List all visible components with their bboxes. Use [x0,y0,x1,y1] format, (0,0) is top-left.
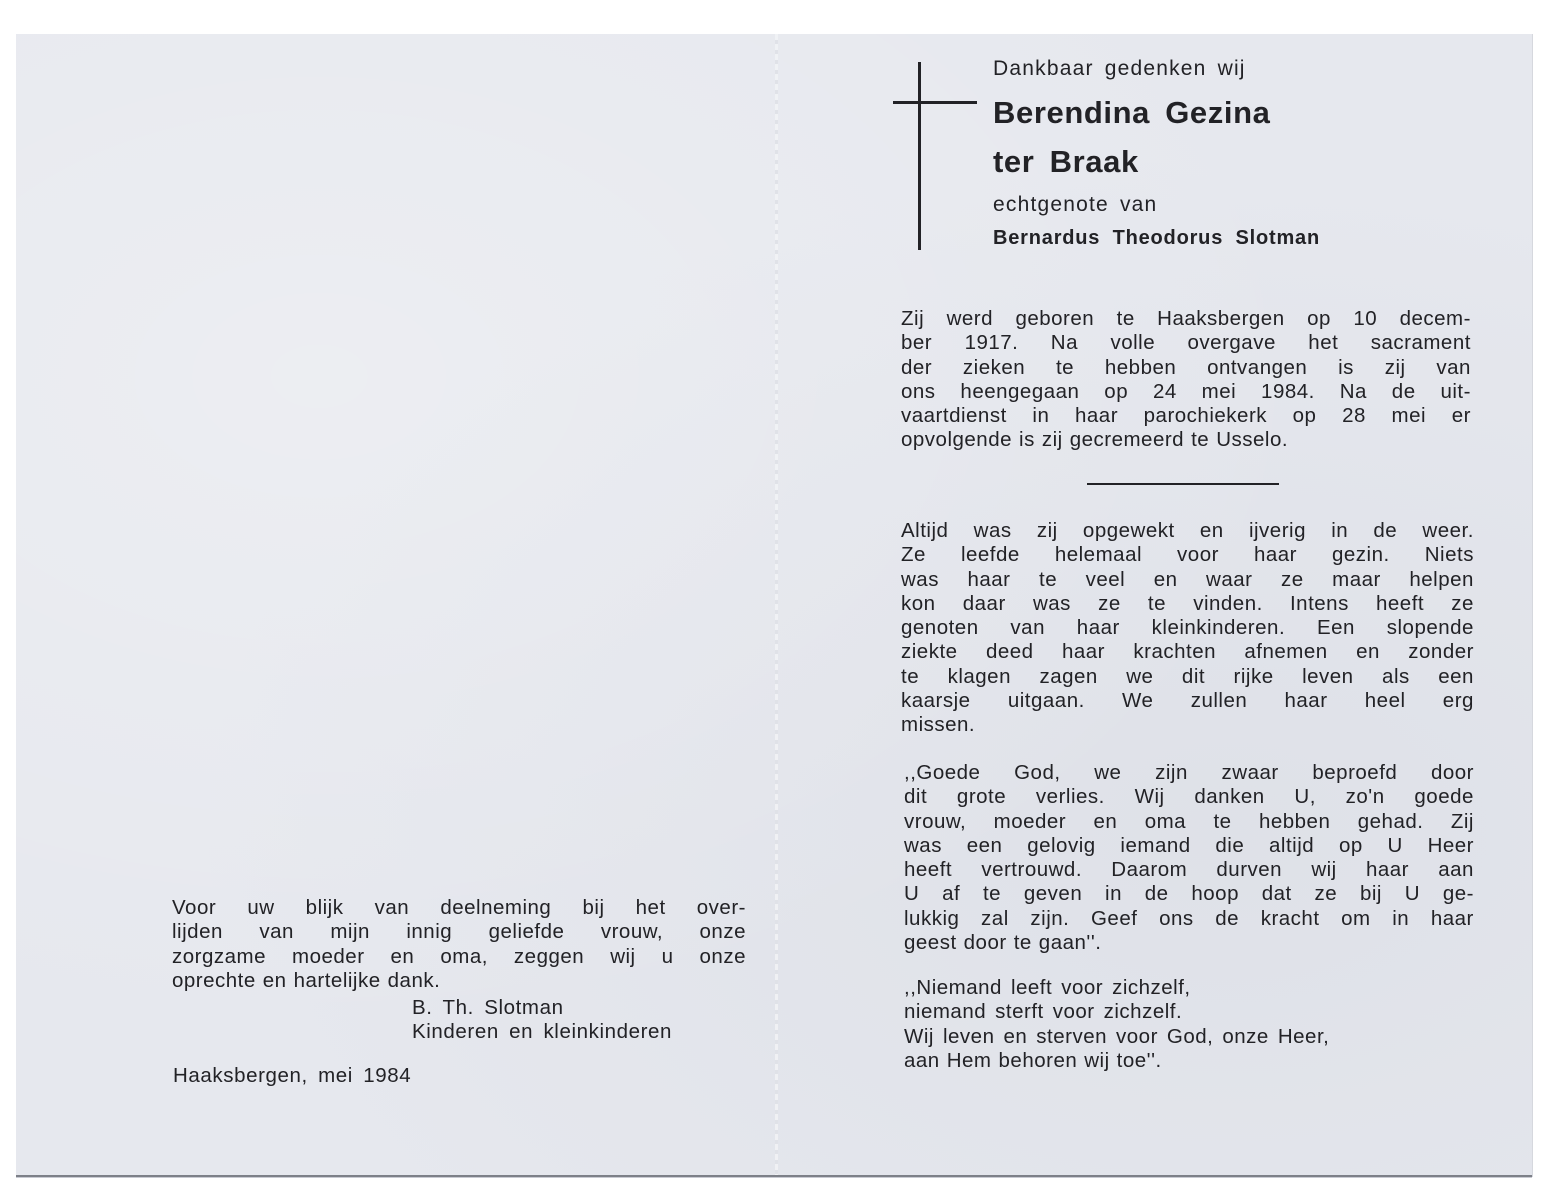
place-date: Haaksbergen, mei 1984 [173,1064,411,1088]
text-line: kaarsjeuitgaan.Wezullenhaarheelerg [901,689,1474,713]
text-line: ditgroteverlies.WijdankenU,zo'ngoede [904,785,1474,809]
left-page [16,34,775,1175]
deceased-name-first: Berendina Gezina [993,95,1270,131]
text-line: lijdenvanmijninniggeliefdevrouw,onze [172,920,746,944]
text-line: ZijwerdgeborenteHaaksbergenop10decem- [901,307,1471,331]
text-line: genotenvanhaarkleinkinderen.Eenslopende [901,616,1474,640]
text-line: waseengelovigiemanddiealtijdopUHeer [904,834,1474,858]
spouse-label: echtgenote van [993,193,1157,217]
text-line: vrouw,moederenomatehebbengehad.Zij [904,810,1474,834]
text-line: aanHembehorenwijtoe''. [904,1049,1484,1073]
text-line: ziektedeedhaarkrachtenafnemenenzonder [901,640,1474,664]
spouse-name: Bernardus Theodorus Slotman [993,227,1320,250]
section-divider [1087,483,1279,485]
text-line: UaftegevenindehoopdatzebijUge- [904,882,1474,906]
text-line: oprechteenhartelijkedank. [172,969,746,993]
cross-icon [918,62,921,250]
text-line: opvolgendeiszijgecremeerdteUsselo. [901,428,1471,452]
text-line: onsheengegaanop24mei1984.Nadeuit- [901,380,1471,404]
text-line: WijlevenenstervenvoorGod,onzeHeer, [904,1025,1484,1049]
text-line: kondaarwaszetevinden.Intensheeftze [901,592,1474,616]
text-line: Vooruwblijkvandeelnemingbijhetover- [172,896,746,920]
text-line: ber1917.Navolleovergavehetsacrament [901,331,1471,355]
signature-family: Kinderen en kleinkinderen [412,1020,672,1044]
intro-text: Dankbaar gedenken wij [993,57,1246,81]
text-line: Zeleefdehelemaalvoorhaargezin.Niets [901,543,1474,567]
text-line: geestdoortegaan''. [904,931,1474,955]
signature-name: B. Th. Slotman [412,996,564,1020]
verse-paragraph: ,,Niemandleeftvoorzichzelf,niemandsterft… [904,976,1484,1073]
text-line: washaarteveelenwaarzemaarhelpen [901,568,1474,592]
text-line: heeftvertrouwd.Daaromdurvenwijhaaraan [904,858,1474,882]
biography-paragraph: ZijwerdgeborenteHaaksbergenop10decem-ber… [901,307,1471,453]
text-line: missen. [901,713,1474,737]
text-line: zorgzamemoederenoma,zeggenwijuonze [172,945,746,969]
text-line: teklagenzagenweditrijkelevenalseen [901,665,1474,689]
text-line: vaartdienstinhaarparochiekerkop28meier [901,404,1471,428]
thanks-paragraph: Vooruwblijkvandeelnemingbijhetover-lijde… [172,896,746,993]
prayer-paragraph: ,,GoedeGod,wezijnzwaarbeproefddoorditgro… [904,761,1474,955]
tribute-paragraph: Altijdwaszijopgewektenijverigindeweer.Ze… [901,519,1474,738]
deceased-name-last: ter Braak [993,144,1139,180]
text-line: ,,Niemandleeftvoorzichzelf, [904,976,1484,1000]
text-line: ,,GoedeGod,wezijnzwaarbeproefddoor [904,761,1474,785]
text-line: derziekentehebbenontvangeniszijvan [901,356,1471,380]
text-line: lukkigzalzijn.Geefonsdekrachtominhaar [904,907,1474,931]
text-line: Altijdwaszijopgewektenijverigindeweer. [901,519,1474,543]
text-line: niemandsterftvoorzichzelf. [904,1000,1484,1024]
cross-icon-bar [893,101,977,104]
